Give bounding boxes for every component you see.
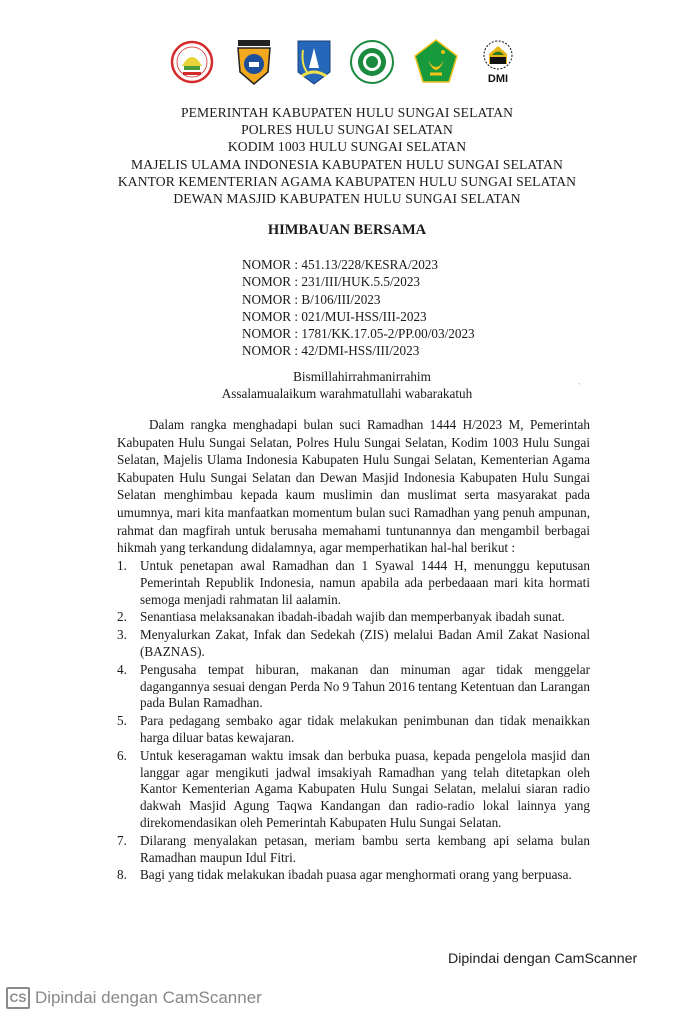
item-text: Menyalurkan Zakat, Infak dan Sedekah (ZI… — [140, 627, 590, 659]
reference-number: NOMOR : 021/MUI-HSS/III-2023 — [242, 308, 475, 325]
opening-greeting: Bismillahirrahmanirrahim Assalamualaikum… — [0, 368, 694, 402]
list-item: 3.Menyalurkan Zakat, Infak dan Sedekah (… — [117, 627, 590, 661]
dmi-logo: DMI — [476, 38, 520, 86]
item-text: Para pedagang sembako agar tidak melakuk… — [140, 713, 590, 745]
item-text: Untuk keseragaman waktu imsak dan berbuk… — [140, 748, 590, 830]
scan-speck: ˑ ﾞ — [578, 380, 590, 390]
basmalah: Bismillahirrahmanirrahim — [0, 368, 694, 385]
pemkab-hss-logo — [170, 38, 214, 86]
reference-number: NOMOR : 231/III/HUK.5.5/2023 — [242, 273, 475, 290]
list-item: 7.Dilarang menyalakan petasan, meriam ba… — [117, 833, 590, 867]
list-item: 8.Bagi yang tidak melakukan ibadah puasa… — [117, 867, 590, 884]
item-number: 4. — [117, 662, 127, 679]
item-number: 1. — [117, 558, 127, 575]
scan-note: Dipindai dengan CamScanner — [448, 951, 637, 967]
item-number: 8. — [117, 867, 127, 884]
kemenag-logo — [414, 38, 458, 86]
salam: Assalamualaikum warahmatullahi wabarakat… — [0, 385, 694, 402]
item-text: Senantiasa melaksanakan ibadah-ibadah wa… — [140, 609, 565, 624]
item-text: Pengusaha tempat hiburan, makanan dan mi… — [140, 662, 590, 711]
reference-number: NOMOR : 42/DMI-HSS/III/2023 — [242, 342, 475, 359]
intro-paragraph: Dalam rangka menghadapi bulan suci Ramad… — [117, 416, 590, 557]
item-number: 6. — [117, 748, 127, 765]
camscanner-icon: CS — [6, 987, 30, 1009]
kodim-logo — [292, 38, 336, 86]
list-item: 2.Senantiasa melaksanakan ibadah-ibadah … — [117, 609, 590, 626]
item-text: Dilarang menyalakan petasan, meriam bamb… — [140, 833, 590, 865]
letterhead-line: PEMERINTAH KABUPATEN HULU SUNGAI SELATAN — [0, 104, 694, 121]
reference-number: NOMOR : 1781/KK.17.05-2/PP.00/03/2023 — [242, 325, 475, 342]
appeal-list: 1.Untuk penetapan awal Ramadhan dan 1 Sy… — [117, 558, 590, 885]
item-text: Bagi yang tidak melakukan ibadah puasa a… — [140, 867, 572, 882]
item-number: 2. — [117, 609, 127, 626]
list-item: 5.Para pedagang sembako agar tidak melak… — [117, 713, 590, 747]
document-title: HIMBAUAN BERSAMA — [0, 222, 694, 239]
reference-number: NOMOR : 451.13/228/KESRA/2023 — [242, 256, 475, 273]
svg-text:DMI: DMI — [488, 73, 508, 85]
item-number: 7. — [117, 833, 127, 850]
list-item: 6.Untuk keseragaman waktu imsak dan berb… — [117, 748, 590, 832]
letterhead-line: KANTOR KEMENTERIAN AGAMA KABUPATEN HULU … — [0, 173, 694, 190]
letterhead-line: POLRES HULU SUNGAI SELATAN — [0, 121, 694, 138]
list-item: 1.Untuk penetapan awal Ramadhan dan 1 Sy… — [117, 558, 590, 608]
camscanner-watermark: CS Dipindai dengan CamScanner — [6, 987, 262, 1009]
list-item: 4.Pengusaha tempat hiburan, makanan dan … — [117, 662, 590, 712]
polres-logo — [232, 38, 276, 86]
camscanner-text: Dipindai dengan CamScanner — [35, 988, 262, 1008]
item-number: 3. — [117, 627, 127, 644]
letterhead-line: MAJELIS ULAMA INDONESIA KABUPATEN HULU S… — [0, 156, 694, 173]
reference-numbers: NOMOR : 451.13/228/KESRA/2023 NOMOR : 23… — [242, 256, 475, 360]
mui-logo — [350, 38, 394, 86]
reference-number: NOMOR : B/106/III/2023 — [242, 291, 475, 308]
item-text: Untuk penetapan awal Ramadhan dan 1 Syaw… — [140, 558, 590, 607]
letterhead-line: DEWAN MASJID KABUPATEN HULU SUNGAI SELAT… — [0, 190, 694, 207]
item-number: 5. — [117, 713, 127, 730]
letterhead: PEMERINTAH KABUPATEN HULU SUNGAI SELATAN… — [0, 104, 694, 207]
letterhead-line: KODIM 1003 HULU SUNGAI SELATAN — [0, 138, 694, 155]
logo-row: DMI — [170, 38, 530, 88]
